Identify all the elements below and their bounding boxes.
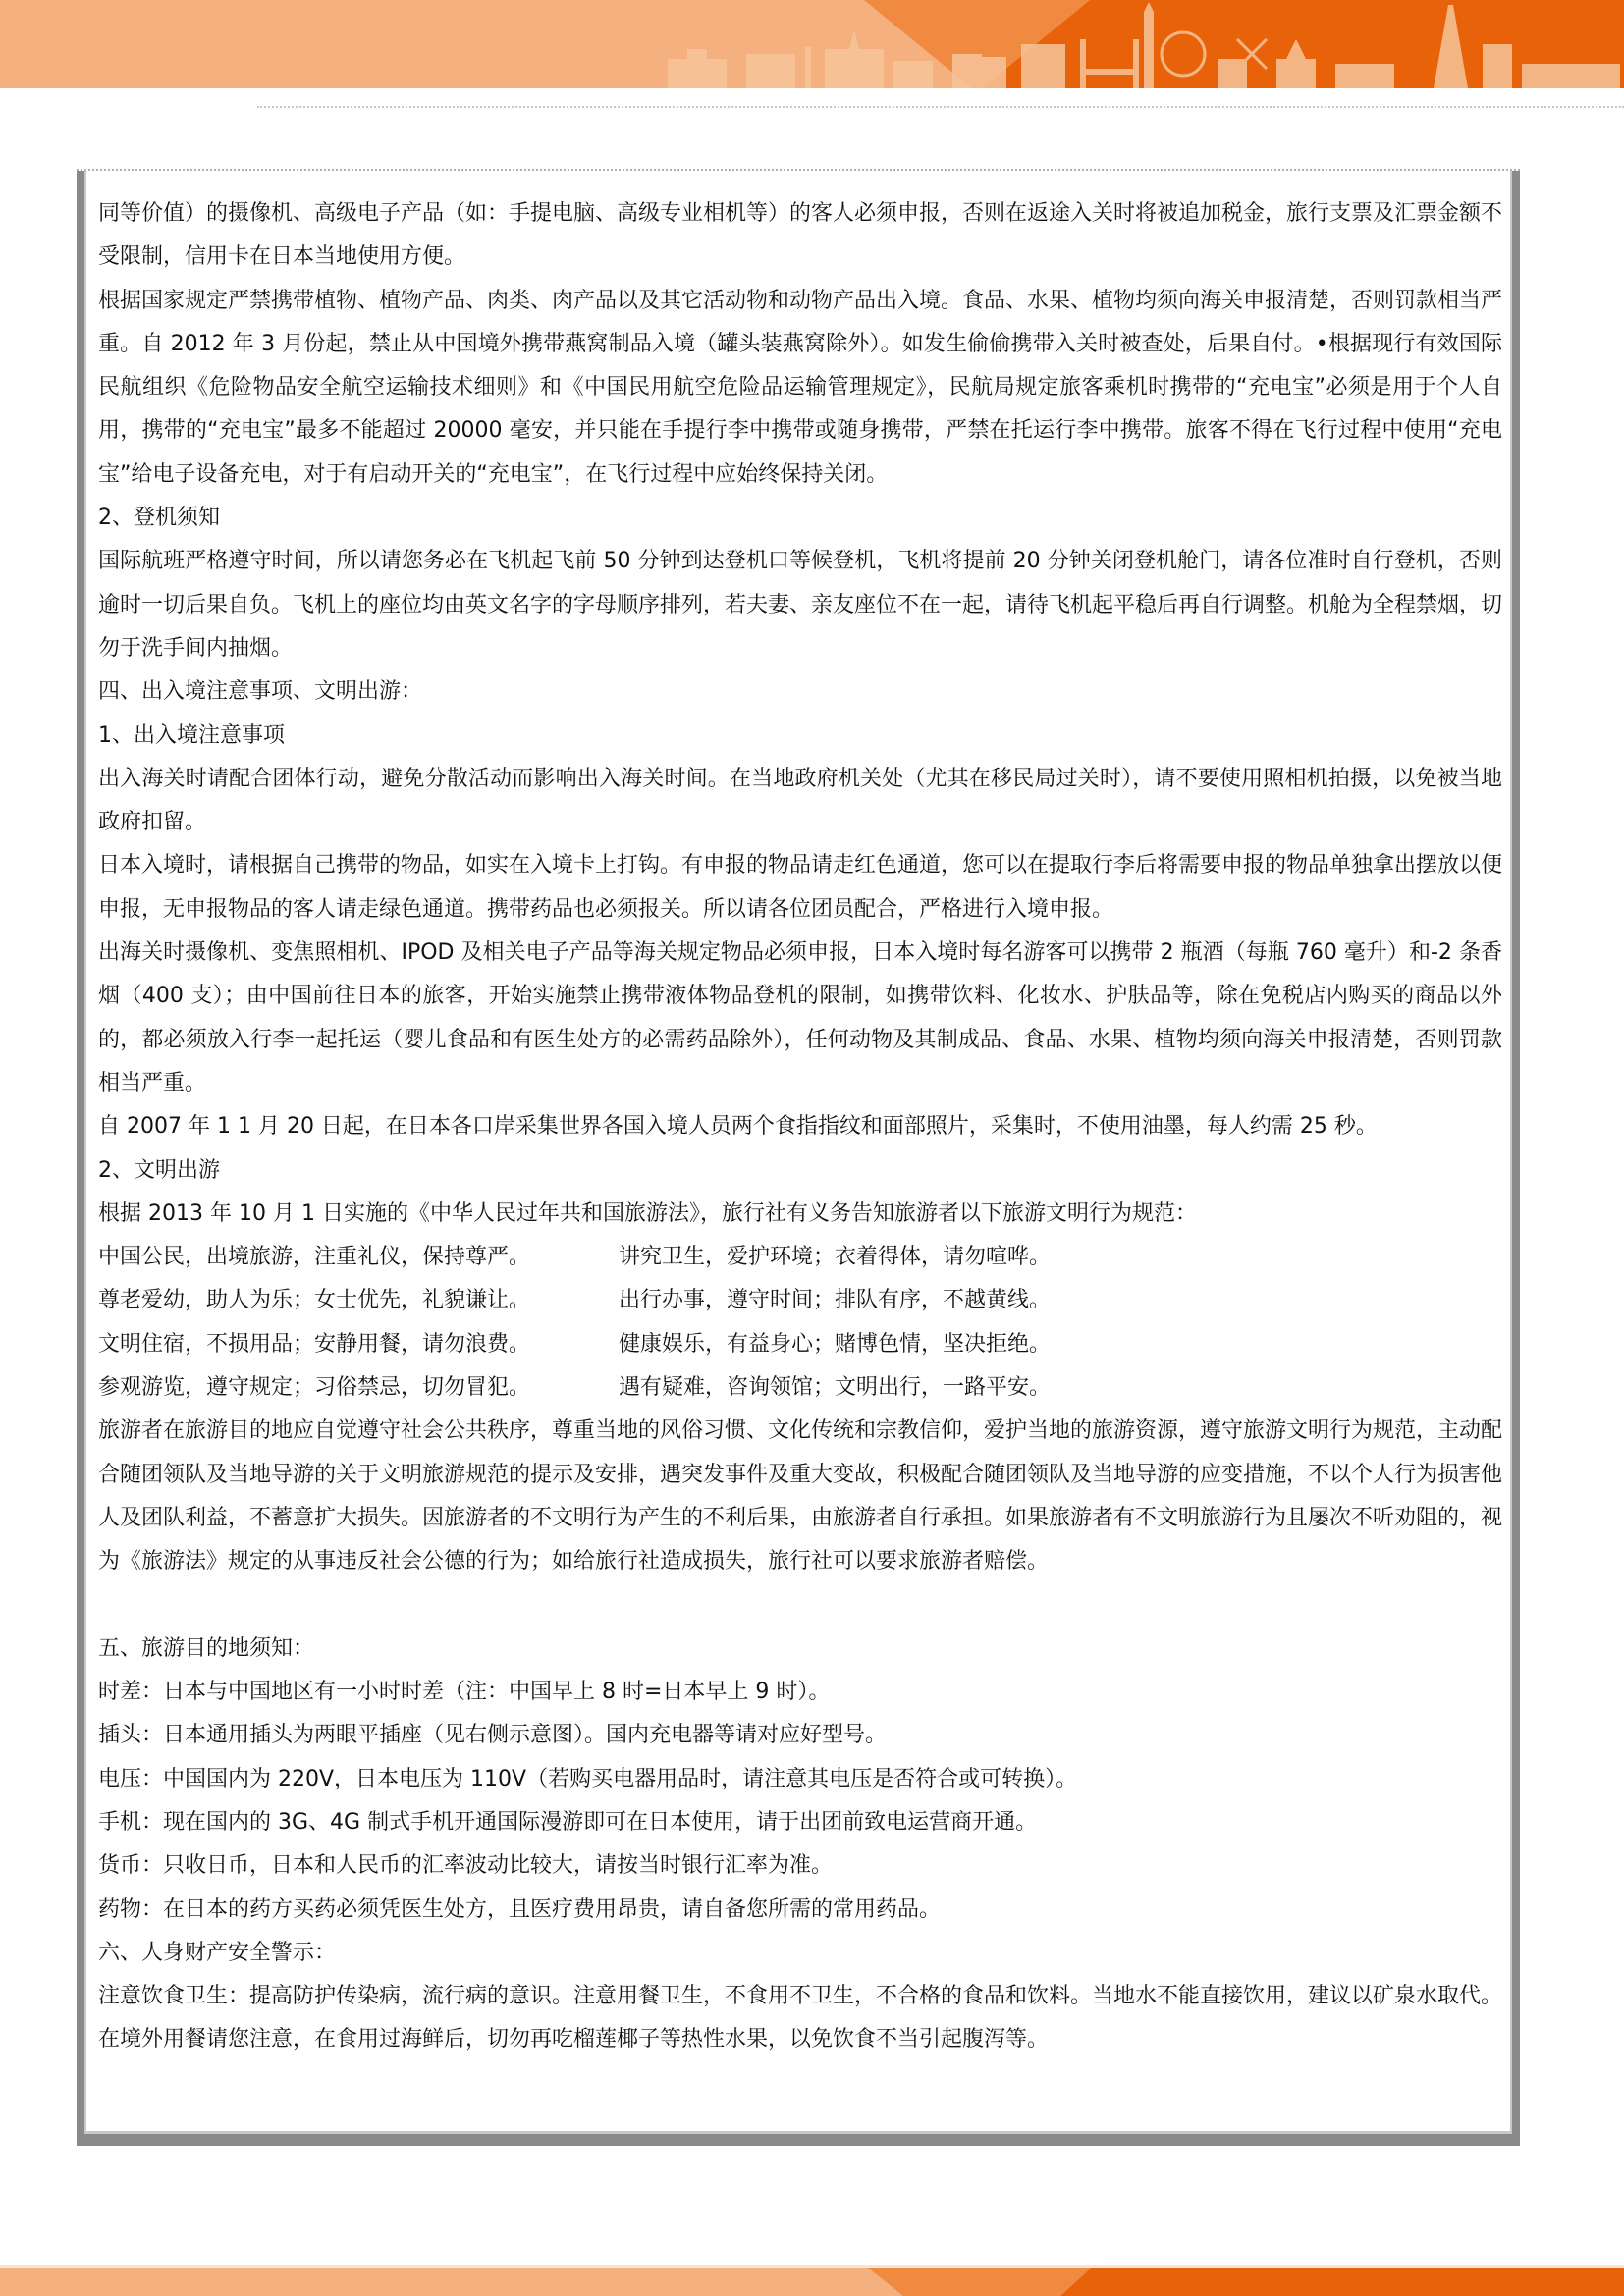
frame-right-inner-border — [1510, 171, 1512, 2139]
item-currency: 货币：只收日币，日本和人民币的汇率波动比较大，请按当时银行汇率为准。 — [98, 1844, 1502, 1888]
rule-right: 出行办事，遵守时间；排队有序，不越黄线。 — [619, 1288, 1051, 1312]
rule-left: 文明住宿，不损用品；安静用餐，请勿浪费。 — [98, 1323, 619, 1366]
item-medicine: 药物：在日本的药方买药必须凭医生处方，且医疗费用昂贵，请自备您所需的常用药品。 — [98, 1889, 1502, 1932]
paragraph-tourist-conduct: 旅游者在旅游目的地应自觉遵守社会公共秩序，尊重当地的风俗习惯、文化传统和宗教信仰… — [98, 1410, 1502, 1583]
rule-right: 遇有疑难，咨询领馆；文明出行，一路平安。 — [619, 1375, 1051, 1400]
footer-banner — [0, 2265, 1624, 2296]
blank-line — [98, 1584, 1502, 1628]
header-banner — [0, 0, 1624, 88]
rule-row: 中国公民，出境旅游，注重礼仪，保持尊严。讲究卫生，爱护环境；衣着得体，请勿喧哗。 — [98, 1236, 1502, 1279]
heading-section-6: 六、人身财产安全警示： — [98, 1932, 1502, 1975]
heading-section-4: 四、出入境注意事项、文明出游： — [98, 670, 1502, 714]
frame-left-border — [77, 171, 84, 2146]
heading-boarding: 2、登机须知 — [98, 497, 1502, 540]
city-skyline-icon — [668, 0, 1624, 88]
paragraph-japan-entry: 日本入境时，请根据自己携带的物品，如实在入境卡上打钩。有申报的物品请走红色通道，… — [98, 844, 1502, 932]
rule-left: 尊老爱幼，助人为乐；女士优先，礼貌谦让。 — [98, 1279, 619, 1322]
item-timezone: 时差：日本与中国地区有一小时时差（注：中国早上 8 时=日本早上 9 时）。 — [98, 1671, 1502, 1714]
paragraph-customs-group: 出入海关时请配合团体行动，避免分散活动而影响出入海关时间。在当地政府机关处（尤其… — [98, 758, 1502, 845]
heading-customs: 1、出入境注意事项 — [98, 715, 1502, 758]
rule-right: 健康娱乐，有益身心；赌博色情，坚决拒绝。 — [619, 1332, 1051, 1357]
rule-row: 参观游览，遵守规定；习俗禁忌，切勿冒犯。遇有疑难，咨询领馆；文明出行，一路平安。 — [98, 1366, 1502, 1410]
frame-left-inner-border — [84, 171, 86, 2139]
item-plug: 插头：日本通用插头为两眼平插座（见右侧示意图）。国内充电器等请对应好型号。 — [98, 1714, 1502, 1757]
header-divider — [257, 106, 1624, 108]
paragraph-declaration: 同等价值）的摄像机、高级电子产品（如：手提电脑、高级专业相机等）的客人必须申报，… — [98, 192, 1502, 280]
paragraph-fingerprint: 自 2007 年 1 1 月 20 日起，在日本各口岸采集世界各国入境人员两个食… — [98, 1105, 1502, 1148]
item-voltage: 电压：中国国内为 220V，日本电压为 110V（若购买电器用品时，请注意其电压… — [98, 1758, 1502, 1801]
frame-right-border — [1512, 171, 1520, 2146]
frame-bottom-border — [77, 2134, 1520, 2146]
heading-civilized-travel: 2、文明出游 — [98, 1149, 1502, 1193]
paragraph-prohibited-items: 根据国家规定严禁携带植物、植物产品、肉类、肉产品以及其它活动物和动物产品出入境。… — [98, 280, 1502, 497]
footer-dark-stripe — [0, 2265, 1624, 2296]
footer-fade — [0, 2265, 1624, 2268]
document-body: 同等价值）的摄像机、高级电子产品（如：手提电脑、高级专业相机等）的客人必须申报，… — [98, 192, 1502, 2062]
rule-row: 文明住宿，不损用品；安静用餐，请勿浪费。健康娱乐，有益身心；赌博色情，坚决拒绝。 — [98, 1323, 1502, 1366]
item-phone: 手机：现在国内的 3G、4G 制式手机开通国际漫游即可在日本使用，请于出团前致电… — [98, 1801, 1502, 1844]
paragraph-boarding: 国际航班严格遵守时间，所以请您务必在飞机起飞前 50 分钟到达登机口等候登机，飞… — [98, 540, 1502, 670]
paragraph-customs-declaration: 出海关时摄像机、变焦照相机、IPOD 及相关电子产品等海关规定物品必须申报，日本… — [98, 932, 1502, 1105]
heading-section-5: 五、旅游目的地须知： — [98, 1628, 1502, 1671]
paragraph-food-safety: 注意饮食卫生：提高防护传染病，流行病的意识。注意用餐卫生，不食用不卫生，不合格的… — [98, 1975, 1502, 2062]
paragraph-tourism-law: 根据 2013 年 10 月 1 日实施的《中华人民过年共和国旅游法》，旅行社有… — [98, 1193, 1502, 1236]
rule-left: 参观游览，遵守规定；习俗禁忌，切勿冒犯。 — [98, 1366, 619, 1410]
rule-right: 讲究卫生，爱护环境；衣着得体，请勿喧哗。 — [619, 1245, 1051, 1269]
rule-left: 中国公民，出境旅游，注重礼仪，保持尊严。 — [98, 1236, 619, 1279]
rule-row: 尊老爱幼，助人为乐；女士优先，礼貌谦让。出行办事，遵守时间；排队有序，不越黄线。 — [98, 1279, 1502, 1322]
